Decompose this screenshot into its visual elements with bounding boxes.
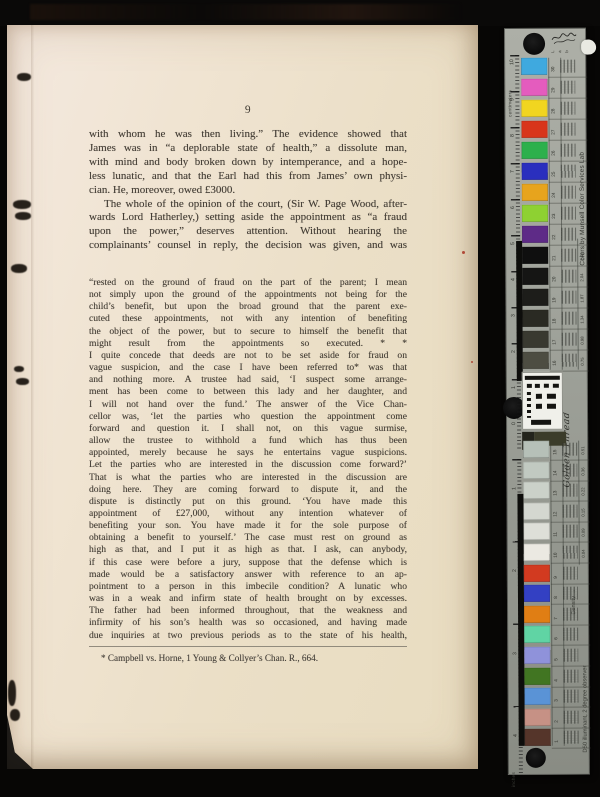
patch-number: 11 xyxy=(553,532,558,537)
ruler-number: 3 xyxy=(510,314,516,317)
ruler-number: 3 xyxy=(512,652,518,655)
lab-values-noise xyxy=(562,463,577,476)
scanner-background-top xyxy=(0,0,600,26)
ink-speck xyxy=(471,361,473,363)
ruler-number: 2 xyxy=(512,569,518,572)
density-value: 2.42 xyxy=(579,252,584,260)
patch-number: 10 xyxy=(553,553,558,558)
color-swatch-22 xyxy=(522,226,548,243)
color-swatch-8 xyxy=(524,585,550,602)
lab-values-noise xyxy=(564,731,579,744)
lab-values-noise xyxy=(560,102,575,115)
density-value: 0.75 xyxy=(580,357,585,365)
text-line: appointment of £27,000, without any inte… xyxy=(89,508,407,520)
color-patch-row: 6 xyxy=(524,626,586,645)
color-patch-row: 4 xyxy=(524,667,586,686)
color-patch-row: 2 xyxy=(525,708,587,727)
worn-corner-mark xyxy=(581,40,596,55)
patch-number: 27 xyxy=(551,130,556,135)
binding-hole xyxy=(17,73,31,81)
color-swatch-9 xyxy=(524,564,550,581)
row-separator xyxy=(549,140,588,141)
text-line: was in a weak and infirm state of health… xyxy=(89,593,407,605)
lab-values-noise xyxy=(562,333,577,346)
target-bar xyxy=(525,376,560,380)
ruler-number: 1 xyxy=(511,487,517,490)
lab-values-noise xyxy=(560,60,575,73)
lab-values-noise xyxy=(562,484,577,497)
text-line: with mind and body broken down by intemp… xyxy=(89,156,407,170)
ruler-number: 4 xyxy=(513,734,519,737)
text-line: made would be a satisfactory answer with… xyxy=(89,569,407,581)
text-line: cian. He, moreover, owed £3000. xyxy=(89,184,407,198)
color-patch-row: 212.42 xyxy=(522,247,584,266)
ruler-number: 6 xyxy=(510,206,516,209)
binding-hole xyxy=(15,212,31,220)
target-block xyxy=(547,394,556,399)
text-line: I will not hand over the fund.’ The answ… xyxy=(89,399,407,411)
color-swatch-28 xyxy=(521,100,547,117)
patch-number: 3 xyxy=(554,699,559,702)
lab-values-noise xyxy=(561,270,576,283)
lab-values-noise xyxy=(563,628,578,641)
color-patch-row: 7 xyxy=(524,605,586,624)
color-swatch-30 xyxy=(521,58,547,75)
color-swatch-17 xyxy=(523,331,549,348)
color-swatch-1 xyxy=(525,729,551,746)
color-swatch-27 xyxy=(521,121,547,138)
row-separator xyxy=(548,77,587,78)
color-swatch-21 xyxy=(522,247,548,264)
scanned-book-photo: { "page": { "number": "9", "paragraphs":… xyxy=(0,0,600,797)
lab-values-noise xyxy=(560,123,575,136)
color-patch-row: 22 xyxy=(522,226,584,245)
lab-values-noise xyxy=(561,312,576,325)
lab-values-noise xyxy=(562,354,577,367)
text-line: infirmity of his son’s health was so occ… xyxy=(89,617,407,629)
color-swatch-7 xyxy=(524,606,550,623)
patch-number: 19 xyxy=(551,298,556,303)
color-patch-row: 170.98 xyxy=(523,331,585,350)
ruler-number: 10 xyxy=(509,59,515,65)
text-line: James was in “a deplorable state of heal… xyxy=(89,142,407,156)
patch-number: 5 xyxy=(553,658,558,661)
ruler-number: 8 xyxy=(510,134,516,137)
lab-column-header-b: b xyxy=(564,50,569,52)
row-separator xyxy=(549,161,588,162)
target-block xyxy=(536,404,542,409)
color-patch-row: 24 xyxy=(522,184,584,203)
page-crease xyxy=(31,25,34,769)
color-patch-row: 25 xyxy=(522,163,584,182)
color-swatch-24 xyxy=(522,184,548,201)
color-swatch-16 xyxy=(523,352,549,369)
lab-values-noise xyxy=(562,504,577,517)
registration-circle-bottom xyxy=(526,748,546,768)
body-text: with whom he was then living.” The evide… xyxy=(89,128,407,253)
density-value: 0.09 xyxy=(581,529,586,537)
lab-column-header-a: a xyxy=(557,50,562,52)
lab-column-header-L: L xyxy=(550,50,555,52)
row-separator xyxy=(548,98,587,99)
text-line: ment has been come to between this lady … xyxy=(89,386,407,398)
color-patch-row: 150.51 xyxy=(523,441,585,460)
color-swatch-14 xyxy=(523,461,549,478)
ruler-number: 9 xyxy=(509,98,515,101)
color-patch-row: 110.09 xyxy=(524,523,586,542)
density-value: 1.34 xyxy=(580,315,585,323)
target-block xyxy=(527,384,532,388)
text-line: Let the parties who are interested in th… xyxy=(89,459,407,471)
density-value: 0.51 xyxy=(580,446,585,454)
text-line: That is what the parties who are interes… xyxy=(89,472,407,484)
color-swatch-3 xyxy=(524,688,550,705)
color-swatch-23 xyxy=(522,205,548,222)
patch-number: 9 xyxy=(553,576,558,579)
patch-number: 12 xyxy=(553,511,558,516)
text-line: might result from the appointments so ex… xyxy=(89,338,407,350)
color-swatch-10 xyxy=(524,544,550,561)
patch-number: 7 xyxy=(553,617,558,620)
color-swatch-29 xyxy=(521,79,547,96)
color-patch-row: 140.36 xyxy=(523,461,585,480)
resolution-target xyxy=(522,372,563,430)
text-line: benefiting your son. You have made it fo… xyxy=(89,520,407,532)
target-bar-pattern xyxy=(527,392,531,418)
color-patch-row: 29 xyxy=(521,79,583,98)
text-line: “rested on the ground of fraud on the pa… xyxy=(89,277,407,289)
text-line: high as that, and I put it as high as th… xyxy=(89,544,407,556)
color-swatch-18 xyxy=(522,310,548,327)
patch-number: 8 xyxy=(553,596,558,599)
text-line: wards Lord Hatherley,) setting aside the… xyxy=(89,211,407,225)
ruler-number: 1 xyxy=(511,386,517,389)
color-patch-row: 30 xyxy=(521,58,583,77)
quoted-opinion-text: “rested on the ground of fraud on the pa… xyxy=(89,277,407,642)
binding-hole xyxy=(16,378,29,385)
density-value: 2.04 xyxy=(579,273,584,281)
patch-number: 2 xyxy=(554,720,559,723)
color-swatch-13 xyxy=(523,482,549,499)
footnote: * Campbell vs. Horne, 1 Young & Collyer’… xyxy=(101,653,411,663)
row-separator xyxy=(550,350,589,351)
color-patch-row: 160.75 xyxy=(523,352,585,371)
lab-values-noise xyxy=(564,710,579,723)
patch-number: 17 xyxy=(552,340,557,345)
color-patch-row: 181.34 xyxy=(522,310,584,329)
text-line: less lunatic, and that the Earl had this… xyxy=(89,170,407,184)
patch-number: 23 xyxy=(551,214,556,219)
color-patch-row: 28 xyxy=(521,100,583,119)
lab-values-noise xyxy=(561,249,576,262)
target-block xyxy=(553,384,559,388)
patch-number: 29 xyxy=(550,88,555,93)
target-block xyxy=(547,404,556,409)
patch-number: 6 xyxy=(553,638,558,641)
row-separator xyxy=(549,182,588,183)
ruler-number: 5 xyxy=(510,242,516,245)
row-separator xyxy=(549,308,588,309)
patch-number: 25 xyxy=(551,172,556,177)
lab-values-noise xyxy=(561,207,576,220)
text-line: vague suspicion, and the case I have bee… xyxy=(89,362,407,374)
row-separator xyxy=(548,119,587,120)
text-line: upon the power,” deserves attention. Wit… xyxy=(89,225,407,239)
row-separator xyxy=(549,245,588,246)
color-swatch-5 xyxy=(524,647,550,664)
text-line: doing here. They are coming forward to d… xyxy=(89,484,407,496)
color-swatch-6 xyxy=(524,626,550,643)
patch-number: 15 xyxy=(552,450,557,455)
lab-values-noise xyxy=(563,525,578,538)
color-patch-row: 1 xyxy=(525,729,587,748)
color-patch-row: 26 xyxy=(522,142,584,161)
lab-values-noise xyxy=(561,228,576,241)
book-spine-shadow xyxy=(30,4,460,20)
lab-values-noise xyxy=(561,144,576,157)
text-line: with whom he was then living.” The evide… xyxy=(89,128,407,142)
ink-speck xyxy=(462,251,465,254)
color-patch-row: 8 xyxy=(524,585,586,604)
text-line: the object of the power, but to secure t… xyxy=(89,326,407,338)
density-value: 0.36 xyxy=(580,467,585,475)
text-line: I quite concede that deeds are not to be… xyxy=(89,350,407,362)
text-line: allow the trustee to withhold a fund whi… xyxy=(89,435,407,447)
color-swatch-26 xyxy=(522,142,548,159)
density-value: 1.87 xyxy=(579,294,584,302)
registration-circle-top xyxy=(523,33,545,55)
row-separator xyxy=(549,287,588,288)
lab-values-noise xyxy=(563,649,578,662)
text-line: child’s benefit, but upon the broad grou… xyxy=(89,301,407,313)
color-patch-row: 3 xyxy=(524,688,586,707)
book-page: 9 with whom he was then living.” The evi… xyxy=(7,25,478,769)
patch-number: 20 xyxy=(551,277,556,282)
handwritten-mark xyxy=(551,31,577,45)
patch-number: 21 xyxy=(551,256,556,261)
patch-number: 22 xyxy=(551,235,556,240)
text-line: not simply upon the ground of the appoin… xyxy=(89,289,407,301)
color-swatch-4 xyxy=(524,667,550,684)
binding-hole xyxy=(10,709,20,721)
ruler-number: 0 xyxy=(511,422,517,425)
ruler-number: 2 xyxy=(511,350,517,353)
target-bar xyxy=(531,420,551,425)
patch-number: 18 xyxy=(552,319,557,324)
ruler-number: 4 xyxy=(510,278,516,281)
color-swatch-20 xyxy=(522,268,548,285)
target-block xyxy=(544,384,549,388)
lab-values-noise xyxy=(560,81,575,94)
patch-number: 13 xyxy=(552,491,557,496)
color-swatch-11 xyxy=(524,523,550,540)
text-line: obtaining a benefit to yourself.’ The ca… xyxy=(89,532,407,544)
density-value: 0.98 xyxy=(580,336,585,344)
color-patch-row: 191.87 xyxy=(522,289,584,308)
patch-number: 1 xyxy=(554,741,559,744)
lab-values-noise xyxy=(563,669,578,682)
row-separator xyxy=(549,224,588,225)
text-line: dispute is distinctly put on this ground… xyxy=(89,496,407,508)
patch-number: 26 xyxy=(551,151,556,156)
lab-values-noise xyxy=(563,587,578,600)
color-patch-row: 100.04 xyxy=(524,544,586,563)
target-block xyxy=(535,384,540,388)
density-value: 0.22 xyxy=(580,488,585,496)
color-swatch-25 xyxy=(522,163,548,180)
row-separator xyxy=(549,203,588,204)
color-swatch-15 xyxy=(523,441,549,458)
binding-hole xyxy=(11,264,27,273)
footnote-rule xyxy=(89,646,407,647)
text-line: if this case were before a jury, suppose… xyxy=(89,557,407,569)
lab-values-noise xyxy=(561,186,576,199)
patch-number: 30 xyxy=(550,67,555,72)
text-line: due inquiries at two previous periods as… xyxy=(89,630,407,642)
text-line: cellor was, ‘let the parties who questio… xyxy=(89,411,407,423)
color-swatch-2 xyxy=(525,709,551,726)
text-line: cuted these appointments, not with any i… xyxy=(89,313,407,325)
lab-values-noise xyxy=(562,443,577,456)
color-patch-row: 9 xyxy=(524,564,586,583)
ruler-number: 7 xyxy=(510,170,516,173)
color-patch-row: 23 xyxy=(522,205,584,224)
patch-number: 28 xyxy=(550,109,555,114)
text-line: The father had been informed throughout,… xyxy=(89,605,407,617)
color-patch-row: 5 xyxy=(524,647,586,666)
patch-number: 4 xyxy=(553,679,558,682)
color-patch-row: 202.04 xyxy=(522,268,584,287)
row-separator xyxy=(549,266,588,267)
patch-number: 16 xyxy=(552,361,557,366)
text-line: pointment to a person in this imbecile c… xyxy=(89,581,407,593)
lab-values-noise xyxy=(561,165,576,178)
page-number: 9 xyxy=(89,104,407,116)
lab-values-noise xyxy=(563,566,578,579)
binding-hole xyxy=(13,200,31,209)
text-line: The whole of the opinion of the court, (… xyxy=(89,198,407,212)
row-separator xyxy=(552,748,591,749)
text-line: and nothing more. A trustee had said, ‘I… xyxy=(89,374,407,386)
color-swatch-12 xyxy=(523,503,549,520)
color-calibration-target: L a b centimeters inches Colors by Munse… xyxy=(504,28,590,775)
text-line: forward and question it. I shall not, on… xyxy=(89,423,407,435)
row-separator xyxy=(550,329,589,330)
color-patch-row: 27 xyxy=(521,121,583,140)
density-value: 0.15 xyxy=(581,508,586,516)
text-line: complainants’ counsel in reply, the deci… xyxy=(89,239,407,253)
color-swatch-19 xyxy=(522,289,548,306)
lab-values-noise xyxy=(563,607,578,620)
binding-hole xyxy=(14,366,24,372)
color-patch-row: 130.22 xyxy=(523,482,585,501)
text-line: appointed, merely because he says he ent… xyxy=(89,447,407,459)
lab-values-noise xyxy=(561,291,576,304)
density-value: 0.04 xyxy=(581,549,586,557)
lab-values-noise xyxy=(563,690,578,703)
binding-hole xyxy=(8,680,16,706)
patch-number: 24 xyxy=(551,193,556,198)
color-patch-row: 120.15 xyxy=(523,502,585,521)
lab-values-noise xyxy=(563,546,578,559)
target-block xyxy=(536,394,542,399)
patch-number: 14 xyxy=(552,470,557,475)
